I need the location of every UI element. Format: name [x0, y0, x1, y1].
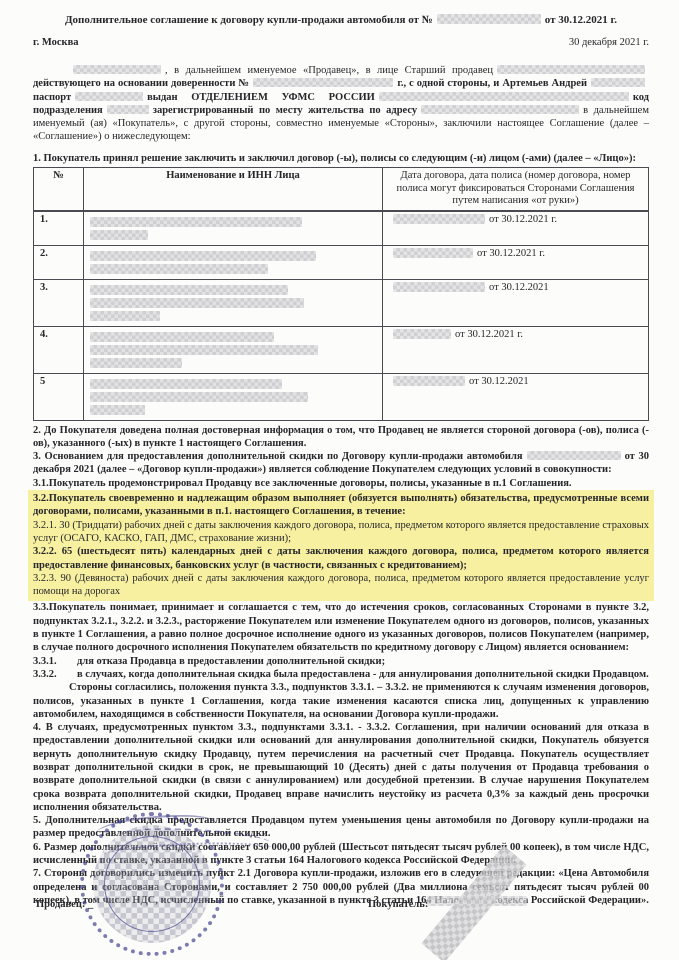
row-number: 5: [34, 373, 84, 420]
redacted-block: [90, 251, 316, 261]
redacted-block: [427, 896, 527, 906]
row-date-text: от 30.12.2021 г.: [477, 248, 545, 259]
redacted-block: [107, 105, 149, 114]
clause-3-3-2: 3.3.2.в случаях, когда дополнительная ск…: [33, 668, 649, 681]
contracts-table: № Наименование и ИНН Лица Дата договора,…: [33, 167, 649, 421]
row-name-redacted: [84, 326, 383, 373]
row-date: от 30.12.2021 г.: [383, 211, 649, 246]
redacted-block: [591, 78, 645, 87]
document-title: Дополнительное соглашение к договору куп…: [33, 13, 649, 27]
preamble-text: паспорт: [33, 92, 71, 103]
table-row: 2. от 30.12.2021 г.: [34, 245, 649, 279]
row-date: от 30.12.2021 г.: [383, 245, 649, 279]
redacted-block: [90, 332, 274, 342]
redacted-block: [393, 376, 465, 386]
title-prefix: Дополнительное соглашение к договору куп…: [65, 14, 433, 26]
redacted-block: [90, 311, 160, 321]
table-row: 5 от 30.12.2021: [34, 373, 649, 420]
row-number: 4.: [34, 326, 84, 373]
redacted-block: [253, 78, 393, 87]
city-label: г. Москва: [33, 36, 79, 49]
clause-text: для отказа Продавца в предоставлении доп…: [77, 656, 385, 667]
redacted-block: [393, 248, 473, 258]
row-date: от 30.12.2021: [383, 373, 649, 420]
row-date: от 30.12.2021: [383, 279, 649, 326]
clause-4: 4. В случаях, предусмотренных пунктом 3.…: [33, 721, 649, 814]
row-name-redacted: [84, 373, 383, 420]
date-label: 30 декабря 2021 г.: [569, 36, 649, 49]
document-content: Дополнительное соглашение к договору куп…: [0, 0, 679, 907]
redacted-block: [90, 345, 318, 355]
clause-3-3-note: Стороны согласились, положения пункта 3.…: [33, 681, 649, 721]
row-name-redacted: [84, 245, 383, 279]
table-row: 1. от 30.12.2021 г.: [34, 211, 649, 246]
redacted-block: [421, 105, 579, 114]
table-row: 3. от 30.12.2021: [34, 279, 649, 326]
clause-text: в случаях, когда дополнительная скидка б…: [77, 669, 649, 680]
preamble-text: зарегистрированный по месту жительства п…: [153, 105, 417, 116]
table-header-row: № Наименование и ИНН Лица Дата договора,…: [34, 168, 649, 211]
redacted-block: [90, 298, 304, 308]
scanned-agreement-page: Дополнительное соглашение к договору куп…: [0, 0, 679, 960]
clause-3-text: 3. Основанием для предоставления дополни…: [33, 451, 523, 462]
city-date-row: г. Москва 30 декабря 2021 г.: [33, 36, 649, 49]
row-number: 1.: [34, 211, 84, 246]
redacted-block: [90, 405, 145, 415]
clause-3-2-2: 3.2.2. 65 (шестьдесят пять) календарных …: [33, 545, 649, 572]
redacted-block: [75, 92, 143, 101]
redacted-block: [90, 379, 282, 389]
clause-3-2-3: 3.2.3. 90 (Девяноста) рабочих дней с дат…: [33, 572, 649, 599]
redacted-block: [437, 14, 541, 24]
table-row: 4. от 30.12.2021 г.: [34, 326, 649, 373]
preamble-text: выдан ОТДЕЛЕНИЕМ УФМС РОССИИ: [147, 92, 375, 103]
redacted-block: [393, 282, 485, 292]
redacted-block: [90, 285, 288, 295]
redacted-block: [497, 65, 645, 74]
redacted-block: [90, 230, 148, 240]
row-date-text: от 30.12.2021: [489, 282, 549, 293]
redacted-block: [379, 92, 629, 101]
row-date-text: от 30.12.2021: [469, 376, 529, 387]
preamble-text: действующего на основании доверенности №: [33, 78, 249, 89]
column-header-name: Наименование и ИНН Лица: [84, 168, 383, 211]
preamble-text: , в дальнейшем именуемое «Продавец», в л…: [165, 65, 493, 76]
clause-1-intro: 1. Покупатель принял решение заключить и…: [33, 152, 649, 165]
redacted-block: [90, 358, 182, 368]
row-number: 2.: [34, 245, 84, 279]
clause-3-3-1: 3.3.1.для отказа Продавца в предоставлен…: [33, 655, 649, 668]
redacted-block: [73, 65, 161, 74]
row-name-redacted: [84, 279, 383, 326]
redacted-block: [527, 451, 621, 460]
clause-number: 3.3.1.: [33, 655, 77, 668]
redacted-block: [90, 392, 308, 402]
clause-3-3: 3.3.Покупатель понимает, принимает и сог…: [33, 601, 649, 654]
highlight-block: 3.2.Покупатель своевременно и надлежащим…: [28, 490, 654, 601]
preamble-paragraph: , в дальнейшем именуемое «Продавец», в л…: [33, 64, 649, 144]
preamble-text: г., с одной стороны, и Артемьев Андрей: [397, 78, 587, 89]
column-header-date: Дата договора, дата полиса (номер догово…: [383, 168, 649, 211]
redacted-block: [90, 217, 302, 227]
row-name-redacted: [84, 211, 383, 246]
clause-3: 3. Основанием для предоставления дополни…: [33, 450, 649, 477]
redacted-block: [90, 264, 268, 274]
row-number: 3.: [34, 279, 84, 326]
buyer-signature-redacted: [415, 846, 527, 956]
title-suffix: от 30.12.2021 г.: [545, 14, 617, 26]
row-date: от 30.12.2021 г.: [383, 326, 649, 373]
clause-3-2: 3.2.Покупатель своевременно и надлежащим…: [33, 492, 649, 519]
column-header-number: №: [34, 168, 84, 211]
row-date-text: от 30.12.2021 г.: [489, 214, 557, 225]
row-date-text: от 30.12.2021 г.: [455, 329, 523, 340]
redacted-block: [393, 329, 451, 339]
redacted-block: [393, 214, 485, 224]
clause-number: 3.3.2.: [33, 668, 77, 681]
clause-2: 2. До Покупателя доведена полная достове…: [33, 424, 649, 451]
clause-3-1: 3.1.Покупатель продемонстрировал Продавц…: [33, 477, 649, 490]
clause-3-2-1: 3.2.1. 30 (Тридцати) рабочих дней с даты…: [33, 519, 649, 546]
